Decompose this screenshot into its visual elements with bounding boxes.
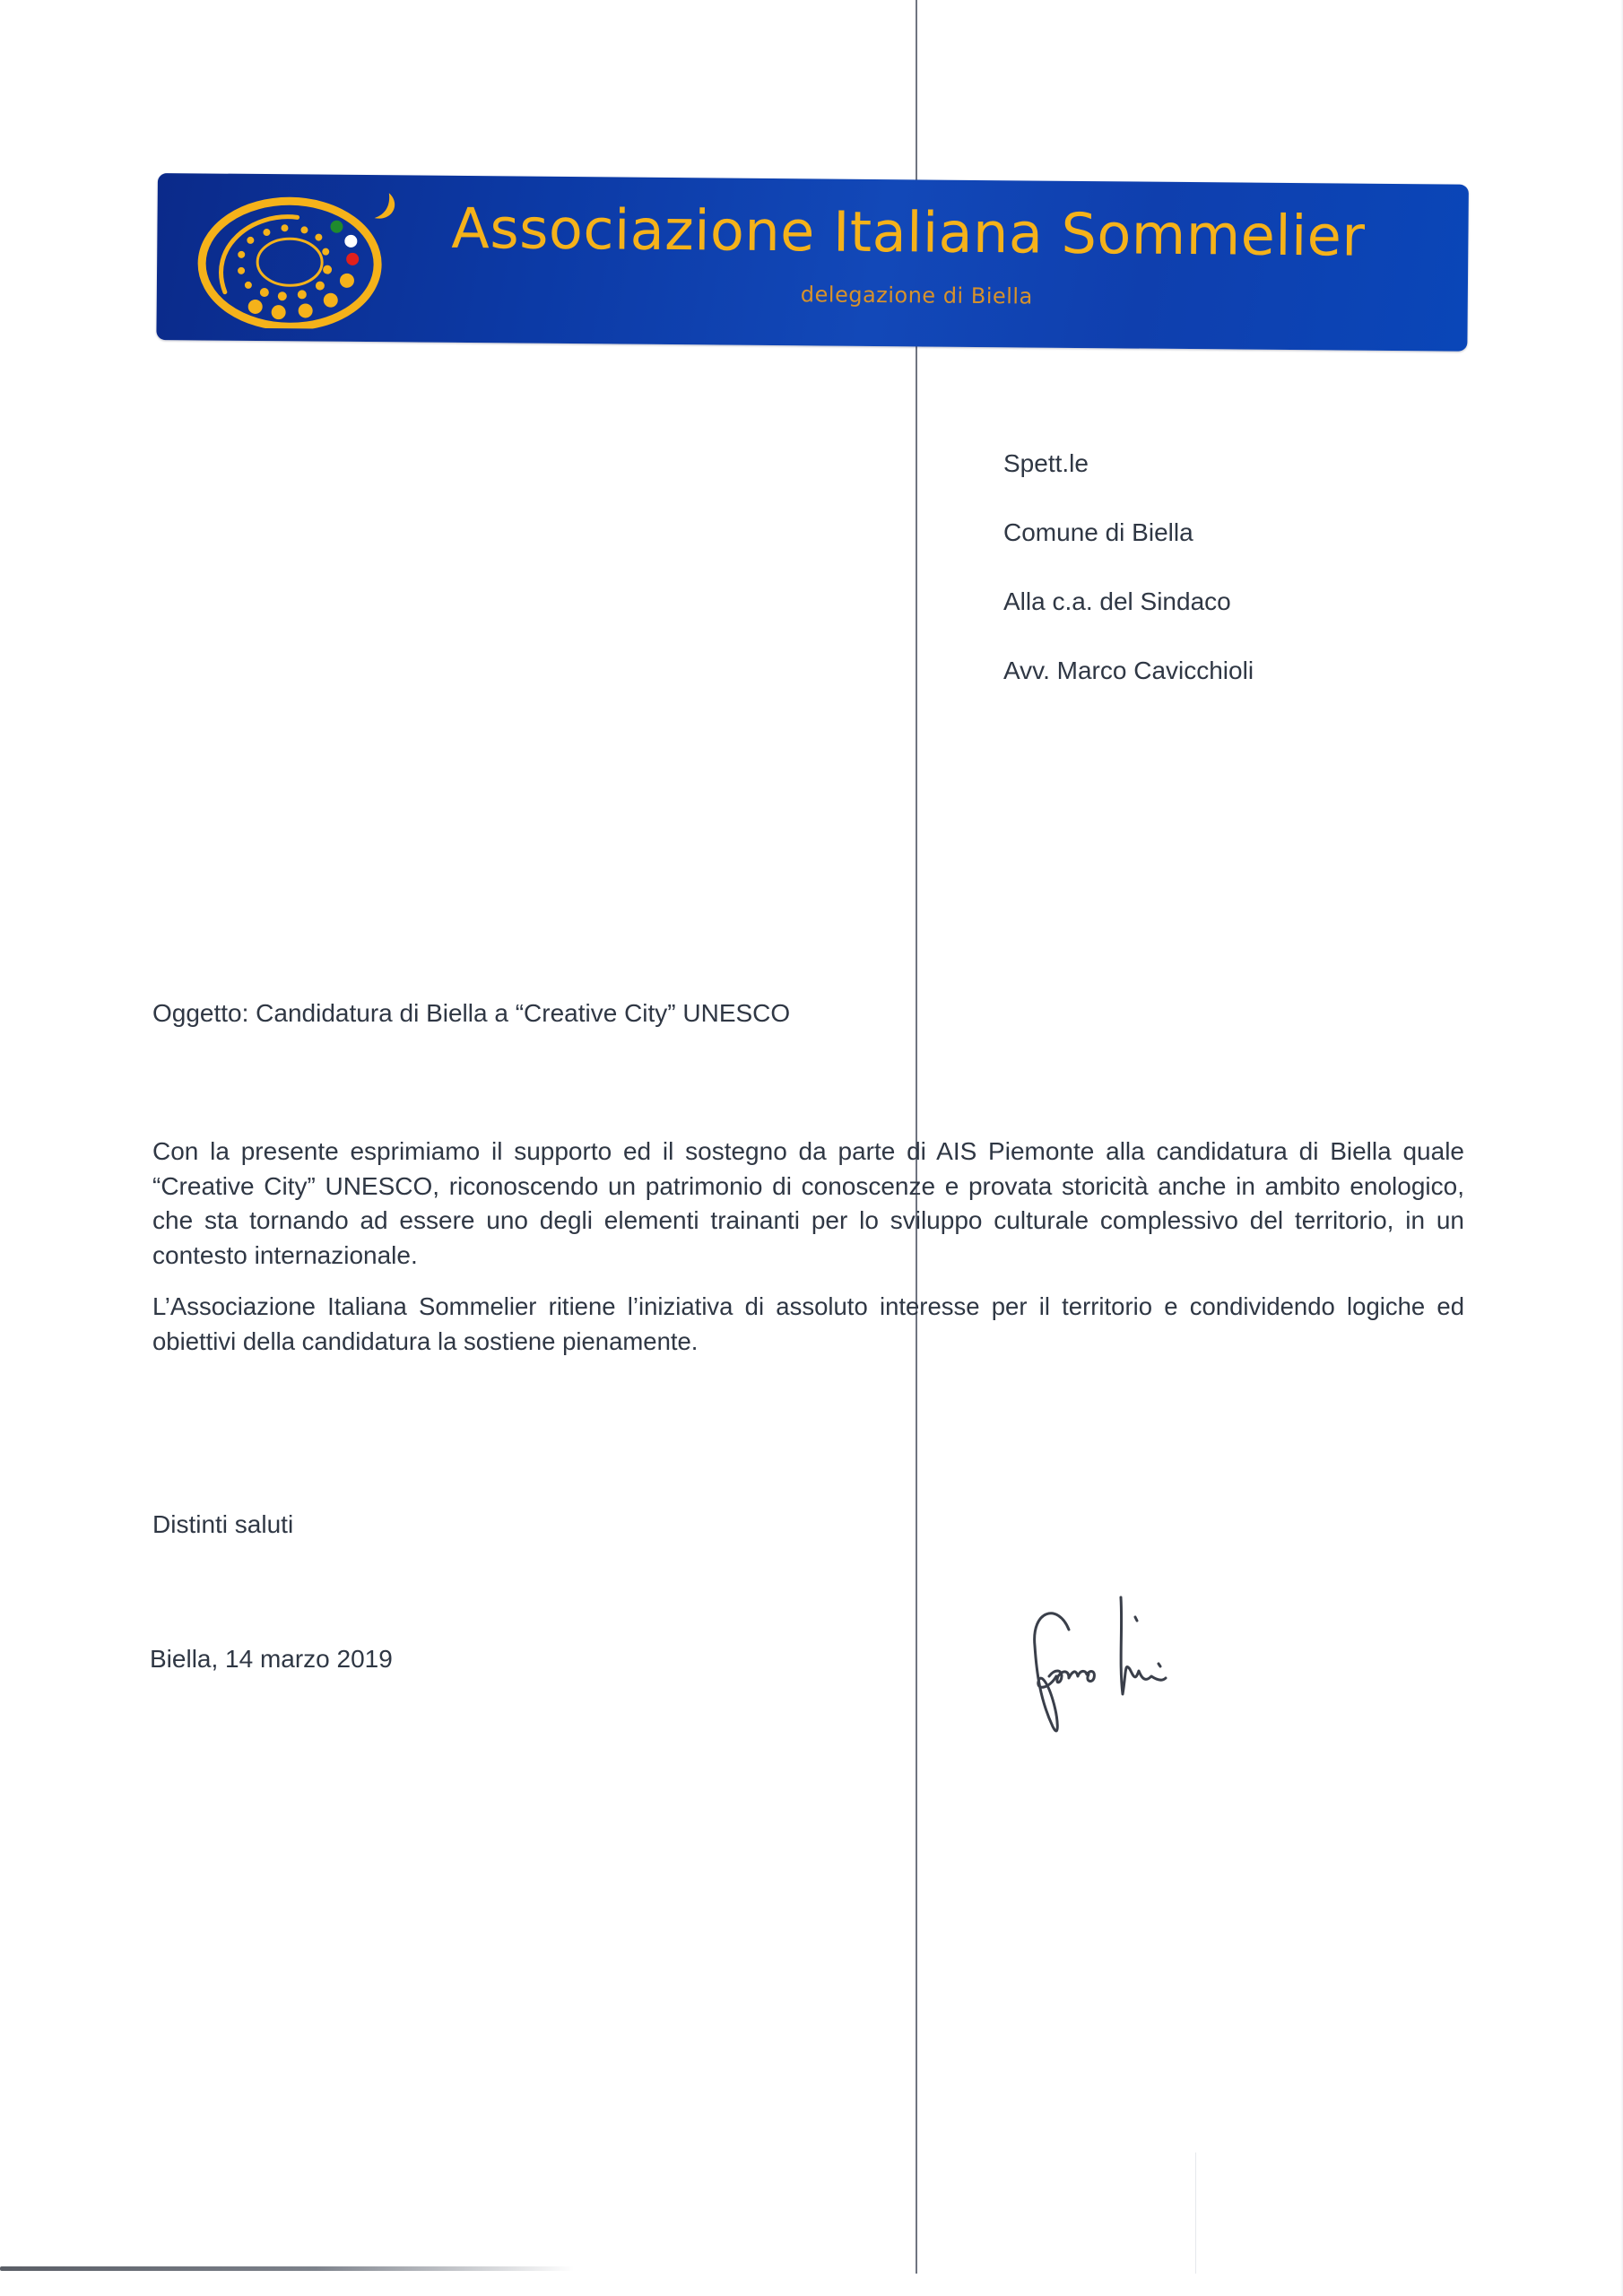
delegation-name: delegazione di Biella bbox=[801, 283, 1033, 307]
body-paragraph: Con la presente esprimiamo il supporto e… bbox=[152, 1135, 1464, 1273]
handwritten-signature-icon bbox=[1022, 1583, 1219, 1744]
scan-faint-line bbox=[1195, 2152, 1196, 2274]
place-and-date: Biella, 14 marzo 2019 bbox=[150, 1644, 393, 1674]
addressee-entity: Comune di Biella bbox=[1003, 517, 1254, 587]
addressee-person: Avv. Marco Cavicchioli bbox=[1003, 656, 1254, 725]
letter-subject: Oggetto: Candidatura di Biella a “Creati… bbox=[152, 998, 790, 1029]
organization-name: Associazione Italiana Sommelier bbox=[451, 201, 1365, 265]
addressee-salutation: Spett.le bbox=[1003, 448, 1254, 517]
addressee-attention: Alla c.a. del Sindaco bbox=[1003, 587, 1254, 656]
ais-sommelier-logo-icon bbox=[188, 184, 404, 329]
addressee-block: Spett.le Comune di Biella Alla c.a. del … bbox=[1003, 448, 1254, 725]
body-paragraph: L’Associazione Italiana Sommelier ritien… bbox=[152, 1290, 1464, 1359]
letter-body: Con la presente esprimiamo il supporto e… bbox=[152, 1135, 1464, 1376]
letterhead-banner: Associazione Italiana Sommelier delegazi… bbox=[156, 173, 1469, 352]
closing-salutation: Distinti saluti bbox=[152, 1509, 293, 1540]
scan-bottom-shadow bbox=[0, 2266, 574, 2271]
